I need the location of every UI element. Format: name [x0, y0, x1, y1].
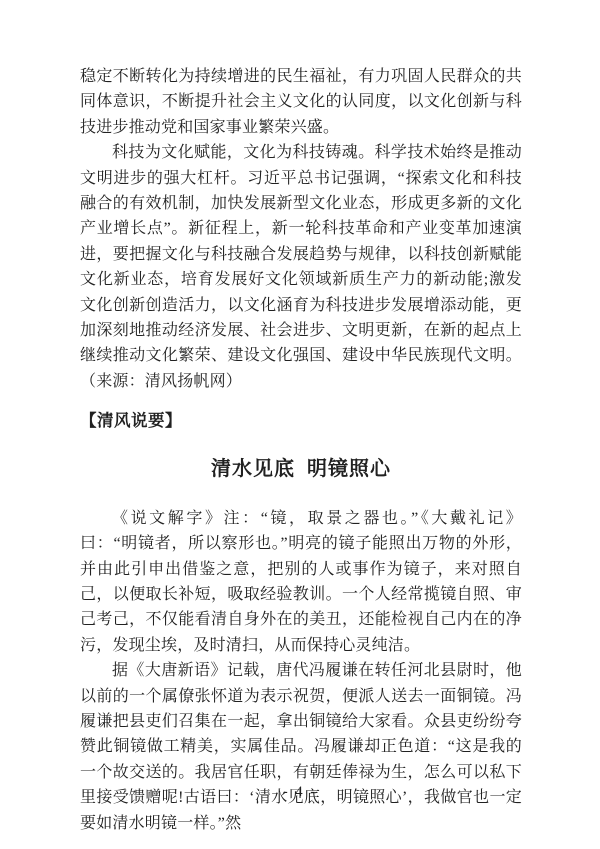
page-content: 稳定不断转化为持续增进的民生福祉，有力巩固人民群众的共同体意识，不断提升社会主义… [80, 64, 522, 836]
section-header: 【清风说要】 [80, 408, 522, 433]
paragraph-tech-culture: 科技为文化赋能，文化为科技铸魂。科学技术始终是推动文明进步的强大杠杆。习近平总书… [80, 140, 522, 394]
page-number: - 4 - [0, 784, 600, 801]
paragraph-mirror-intro: 《说文解字》注：“镜，取景之器也。”《大戴礼记》曰：“明镜者，所以察形也。”明亮… [80, 506, 522, 658]
document-page: 稳定不断转化为持续增进的民生福祉，有力巩固人民群众的共同体意识，不断提升社会主义… [0, 0, 600, 849]
paragraph-continuation: 稳定不断转化为持续增进的民生福祉，有力巩固人民群众的共同体意识，不断提升社会主义… [80, 64, 522, 140]
article-title: 清水见底 明镜照心 [80, 455, 522, 483]
paragraph-story: 据《大唐新语》记载，唐代冯履谦在转任河北县尉时，他以前的一个属僚张怀道为表示祝贺… [80, 658, 522, 836]
